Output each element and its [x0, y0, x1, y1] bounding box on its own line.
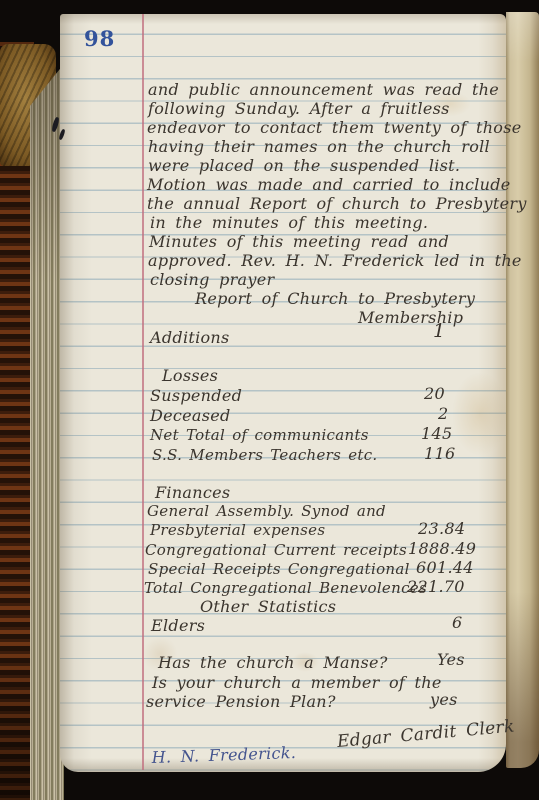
- other-statistics-heading: Other Statistics: [200, 597, 336, 616]
- additions-value: 1: [433, 322, 445, 341]
- minutes-line: Minutes of this meeting read and: [149, 232, 449, 251]
- ss-members-label: S.S. Members Teachers etc.: [152, 446, 377, 465]
- minutes-line: the annual Report of church to Presbyter…: [147, 194, 527, 213]
- congregational-receipts-value: 1888.49: [408, 539, 476, 558]
- minutes-line: following Sunday. After a fruitless: [148, 99, 450, 118]
- total-benevolences-label: Total Congregational Benevolences: [144, 579, 427, 598]
- pension-question-line1: Is your church a member of the: [152, 673, 442, 692]
- minutes-line: in the minutes of this meeting.: [150, 213, 428, 232]
- deceased-label: Deceased: [150, 406, 231, 425]
- finances-heading: Finances: [155, 483, 230, 502]
- minutes-line: were placed on the suspended list.: [148, 156, 460, 175]
- elders-label: Elders: [151, 616, 205, 635]
- expenses-label: Presbyterial expenses: [150, 521, 325, 540]
- manse-answer: Yes: [437, 650, 465, 669]
- manse-question: Has the church a Manse?: [158, 653, 388, 672]
- special-receipts-value: 601.44: [416, 558, 474, 577]
- minutes-line: Motion was made and carried to include: [147, 175, 511, 194]
- expenses-value: 23.84: [418, 519, 465, 538]
- total-benevolences-value: 221.70: [407, 577, 465, 596]
- deceased-value: 2: [438, 404, 448, 423]
- minutes-line: and public announcement was read the: [148, 80, 499, 99]
- scanned-ledger-photo: 98 and public announcement was read the …: [0, 0, 539, 800]
- pension-question-line2: service Pension Plan?: [146, 692, 336, 711]
- net-total-label: Net Total of communicants: [150, 426, 369, 445]
- minutes-line: approved. Rev. H. N. Frederick led in th…: [148, 251, 522, 270]
- special-receipts-label: Special Receipts Congregational: [148, 560, 410, 579]
- ss-members-value: 116: [424, 444, 455, 463]
- minutes-line: endeavor to contact them twenty of those: [147, 118, 522, 137]
- pension-answer: yes: [430, 690, 458, 709]
- suspended-label: Suspended: [150, 386, 242, 405]
- additions-label: Additions: [150, 328, 230, 347]
- net-total-value: 145: [421, 424, 452, 443]
- elders-value: 6: [452, 613, 462, 632]
- membership-heading: Membership: [358, 308, 463, 327]
- margin-rule-line: [142, 14, 144, 770]
- report-title: Report of Church to Presbytery: [195, 289, 475, 308]
- losses-heading: Losses: [162, 366, 218, 385]
- page-number: 98: [84, 26, 115, 51]
- congregational-receipts-label: Congregational Current receipts: [145, 541, 407, 560]
- expenses-line1: General Assembly. Synod and: [147, 502, 386, 521]
- suspended-value: 20: [424, 384, 445, 403]
- minutes-line: having their names on the church roll: [148, 137, 490, 156]
- stacked-page-edges: [30, 64, 64, 800]
- minutes-line: closing prayer: [150, 270, 274, 289]
